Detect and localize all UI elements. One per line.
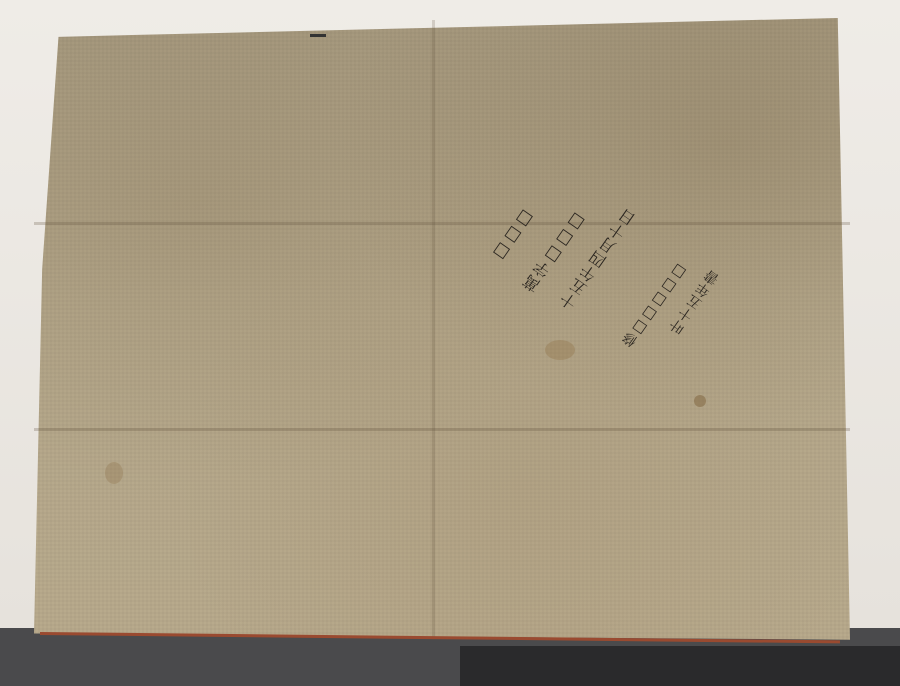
fold-line-horizontal [34, 428, 850, 431]
fold-line-vertical [432, 20, 435, 640]
stain-spot [694, 395, 706, 407]
calligraphy-inscription: □□□ 萬字□□□ 十五午四月十日 修□□□□□ 叶十五年書 [495, 215, 735, 385]
stain-spot [105, 462, 123, 484]
document-tear [310, 34, 326, 37]
floor-shadow [460, 646, 900, 686]
